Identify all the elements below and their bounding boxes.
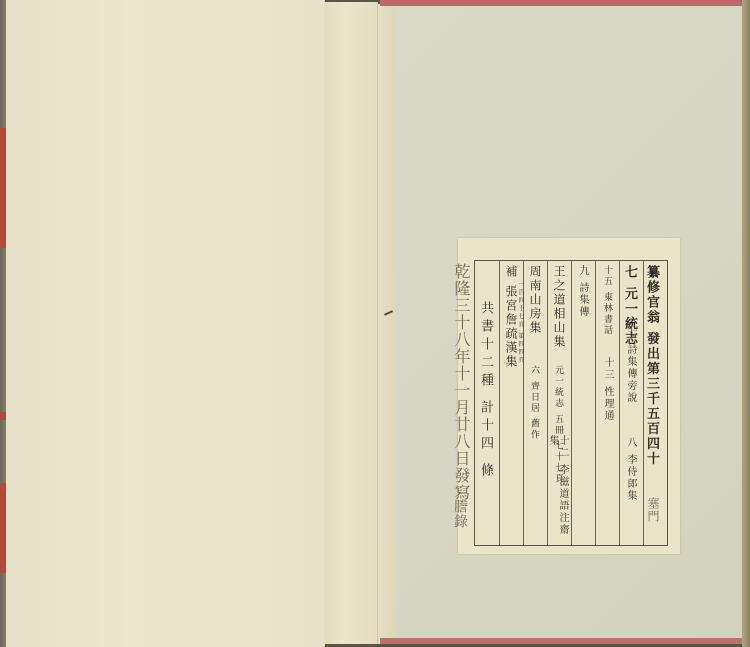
summary-column: 共書十二種 計十四 條 xyxy=(479,301,492,481)
bottom-red-edge xyxy=(380,638,750,644)
entry-column: 補 張宮詹疏漢集 xyxy=(505,265,517,369)
entry-column: 十三 性理通 xyxy=(602,357,612,422)
scribe-column: 謄錄 xyxy=(453,499,467,529)
entry-column: 十二 李滋道語注齋集 xyxy=(547,435,567,545)
page-fold-inner xyxy=(378,4,396,644)
book-spread: 纂修官翁 發出第三千五百四十 塞門 七 元一統志 七 詩集傳旁說 八 李侍郎集 … xyxy=(0,0,750,647)
entry-column: 七 詩集傳旁說 xyxy=(625,327,635,404)
entry-note: 一百四十七頁 第四四頁 xyxy=(517,281,523,365)
entry-column: 周南山房集 xyxy=(529,265,541,335)
entry-column: 十五 東林書話 xyxy=(602,265,611,336)
entry-column: 八 李侍郎集 xyxy=(625,437,635,502)
left-blank-page xyxy=(6,0,325,647)
entry-column: 九 詩集傳 xyxy=(577,265,587,318)
ruled-grid: 纂修官翁 發出第三千五百四十 塞門 七 元一統志 七 詩集傳旁說 八 李侍郎集 … xyxy=(474,260,668,546)
right-book-edge xyxy=(742,0,750,647)
entry-column: 王之道相山集 xyxy=(553,265,565,349)
entry-column: 六 齊日居 舊作 xyxy=(529,365,538,441)
date-column: 乾隆三十八年十一月廿八日發寫 xyxy=(453,263,469,501)
page-fold xyxy=(324,2,378,644)
header-tail: 塞門 xyxy=(647,497,659,523)
record-slip: 纂修官翁 發出第三千五百四十 塞門 七 元一統志 七 詩集傳旁說 八 李侍郎集 … xyxy=(458,238,680,554)
header-column: 纂修官翁 發出第三千五百四十 xyxy=(645,265,658,467)
